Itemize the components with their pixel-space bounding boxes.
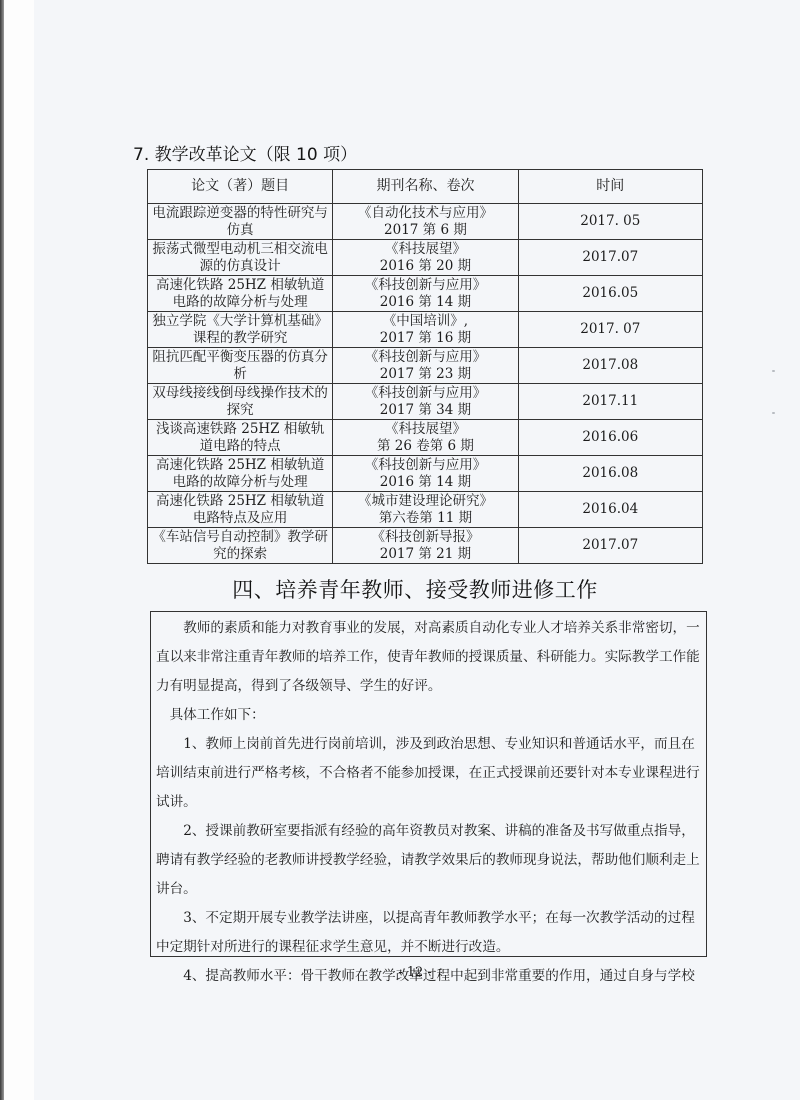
journal-issue: 第六卷第 11 期 bbox=[337, 510, 513, 527]
work-item-1: 1、教师上岗前首先进行岗前培训，涉及到政治思想、专业知识和普通话水平，而且在培训… bbox=[156, 730, 704, 817]
paper-title-cell: 电流跟踪逆变器的特性研究与仿真 bbox=[148, 204, 333, 240]
header-journal: 期刊名称、卷次 bbox=[333, 170, 518, 204]
scan-margin bbox=[4, 0, 34, 1100]
journal-name: 《科技创新与应用》 bbox=[337, 457, 513, 474]
journal-issue: 2016 第 14 期 bbox=[337, 474, 513, 491]
journal-issue: 2017 第 21 期 bbox=[337, 546, 513, 563]
journal-cell: 《科技创新与应用》2016 第 14 期 bbox=[333, 456, 518, 492]
journal-name: 《科技展望》 bbox=[337, 241, 513, 258]
paper-title-cell: 高速化铁路 25HZ 相敏轨道电路的故障分析与处理 bbox=[148, 456, 333, 492]
journal-issue: 2016 第 20 期 bbox=[337, 258, 513, 275]
journal-cell: 《科技创新导报》2017 第 21 期 bbox=[333, 528, 518, 564]
journal-issue: 2016 第 14 期 bbox=[337, 294, 513, 311]
table-row: 浅谈高速铁路 25HZ 相敏轨道电路的特点《科技展望》第 26 卷第 6 期20… bbox=[148, 420, 703, 456]
table-row: 独立学院《大学计算机基础》课程的教学研究《中国培训》,2017 第 16 期20… bbox=[148, 312, 703, 348]
journal-name: 《中国培训》, bbox=[337, 313, 513, 330]
paper-title-cell: 振荡式微型电动机三相交流电源的仿真设计 bbox=[148, 240, 333, 276]
journal-name: 《城市建设理论研究》 bbox=[337, 493, 513, 510]
date-cell: 2017.11 bbox=[518, 384, 702, 420]
journal-name: 《科技创新与应用》 bbox=[337, 349, 513, 366]
date-cell: 2017. 07 bbox=[518, 312, 702, 348]
journal-cell: 《科技创新与应用》2017 第 34 期 bbox=[333, 384, 518, 420]
date-cell: 2017.07 bbox=[518, 528, 702, 564]
journal-cell: 《科技展望》第 26 卷第 6 期 bbox=[333, 420, 518, 456]
table-row: 高速化铁路 25HZ 相敏轨道电路的故障分析与处理《科技创新与应用》2016 第… bbox=[148, 456, 703, 492]
date-cell: 2017.08 bbox=[518, 348, 702, 384]
journal-name: 《科技创新导报》 bbox=[337, 529, 513, 546]
journal-cell: 《城市建设理论研究》第六卷第 11 期 bbox=[333, 492, 518, 528]
journal-cell: 《科技展望》2016 第 20 期 bbox=[333, 240, 518, 276]
table-row: 阻抗匹配平衡变压器的仿真分析《科技创新与应用》2017 第 23 期2017.0… bbox=[148, 348, 703, 384]
paper-title-cell: 双母线接线倒母线操作技术的探究 bbox=[148, 384, 333, 420]
content-box: 教师的素质和能力对教育事业的发展，对高素质自动化专业人才培养关系非常密切，一直以… bbox=[150, 611, 707, 957]
journal-issue: 2017 第 16 期 bbox=[337, 330, 513, 347]
section-title: 7. 教学改革论文（限 10 项） bbox=[133, 140, 357, 165]
page-number: - 12 - bbox=[0, 965, 800, 980]
intro-paragraph: 教师的素质和能力对教育事业的发展，对高素质自动化专业人才培养关系非常密切，一直以… bbox=[156, 614, 704, 701]
header-date: 时间 bbox=[518, 170, 702, 204]
journal-issue: 2017 第 6 期 bbox=[337, 222, 513, 239]
paper-title-cell: 独立学院《大学计算机基础》课程的教学研究 bbox=[148, 312, 333, 348]
journal-issue: 2017 第 34 期 bbox=[337, 402, 513, 419]
header-title: 论文（著）题目 bbox=[148, 170, 333, 204]
scan-speck bbox=[772, 370, 775, 372]
journal-name: 《科技创新与应用》 bbox=[337, 277, 513, 294]
papers-table-body: 电流跟踪逆变器的特性研究与仿真《自动化技术与应用》2017 第 6 期2017.… bbox=[148, 204, 703, 564]
journal-issue: 2017 第 23 期 bbox=[337, 366, 513, 383]
date-cell: 2016.08 bbox=[518, 456, 702, 492]
work-item-2: 2、授课前教研室要指派有经验的高年资教员对教案、讲稿的准备及书写做重点指导，聘请… bbox=[156, 817, 704, 904]
date-cell: 2017. 05 bbox=[518, 204, 702, 240]
journal-name: 《自动化技术与应用》 bbox=[337, 205, 513, 222]
paper-title-cell: 《车站信号自动控制》教学研究的探索 bbox=[148, 528, 333, 564]
table-row: 振荡式微型电动机三相交流电源的仿真设计《科技展望》2016 第 20 期2017… bbox=[148, 240, 703, 276]
table-row: 《车站信号自动控制》教学研究的探索《科技创新导报》2017 第 21 期2017… bbox=[148, 528, 703, 564]
paper-title-cell: 高速化铁路 25HZ 相敏轨道电路特点及应用 bbox=[148, 492, 333, 528]
journal-cell: 《科技创新与应用》2017 第 23 期 bbox=[333, 348, 518, 384]
scan-speck bbox=[772, 412, 775, 414]
date-cell: 2016.06 bbox=[518, 420, 702, 456]
journal-name: 《科技创新与应用》 bbox=[337, 385, 513, 402]
table-row: 电流跟踪逆变器的特性研究与仿真《自动化技术与应用》2017 第 6 期2017.… bbox=[148, 204, 703, 240]
paper-title-cell: 阻抗匹配平衡变压器的仿真分析 bbox=[148, 348, 333, 384]
table-row: 双母线接线倒母线操作技术的探究《科技创新与应用》2017 第 34 期2017.… bbox=[148, 384, 703, 420]
date-cell: 2016.05 bbox=[518, 276, 702, 312]
table-row: 高速化铁路 25HZ 相敏轨道电路特点及应用《城市建设理论研究》第六卷第 11 … bbox=[148, 492, 703, 528]
table-header-row: 论文（著）题目 期刊名称、卷次 时间 bbox=[148, 170, 703, 204]
paper-title-cell: 高速化铁路 25HZ 相敏轨道电路的故障分析与处理 bbox=[148, 276, 333, 312]
journal-name: 《科技展望》 bbox=[337, 421, 513, 438]
date-cell: 2016.04 bbox=[518, 492, 702, 528]
work-list-label: 具体工作如下： bbox=[156, 701, 704, 730]
paper-title-cell: 浅谈高速铁路 25HZ 相敏轨道电路的特点 bbox=[148, 420, 333, 456]
journal-cell: 《中国培训》,2017 第 16 期 bbox=[333, 312, 518, 348]
journal-issue: 第 26 卷第 6 期 bbox=[337, 438, 513, 455]
date-cell: 2017.07 bbox=[518, 240, 702, 276]
work-item-3: 3、不定期开展专业教学法讲座，以提高青年教师教学水平；在每一次教学活动的过程中定… bbox=[156, 904, 704, 962]
table-row: 高速化铁路 25HZ 相敏轨道电路的故障分析与处理《科技创新与应用》2016 第… bbox=[148, 276, 703, 312]
journal-cell: 《科技创新与应用》2016 第 14 期 bbox=[333, 276, 518, 312]
journal-cell: 《自动化技术与应用》2017 第 6 期 bbox=[333, 204, 518, 240]
papers-table: 论文（著）题目 期刊名称、卷次 时间 电流跟踪逆变器的特性研究与仿真《自动化技术… bbox=[147, 169, 703, 564]
chapter-heading: 四、培养青年教师、接受教师进修工作 bbox=[0, 574, 800, 604]
